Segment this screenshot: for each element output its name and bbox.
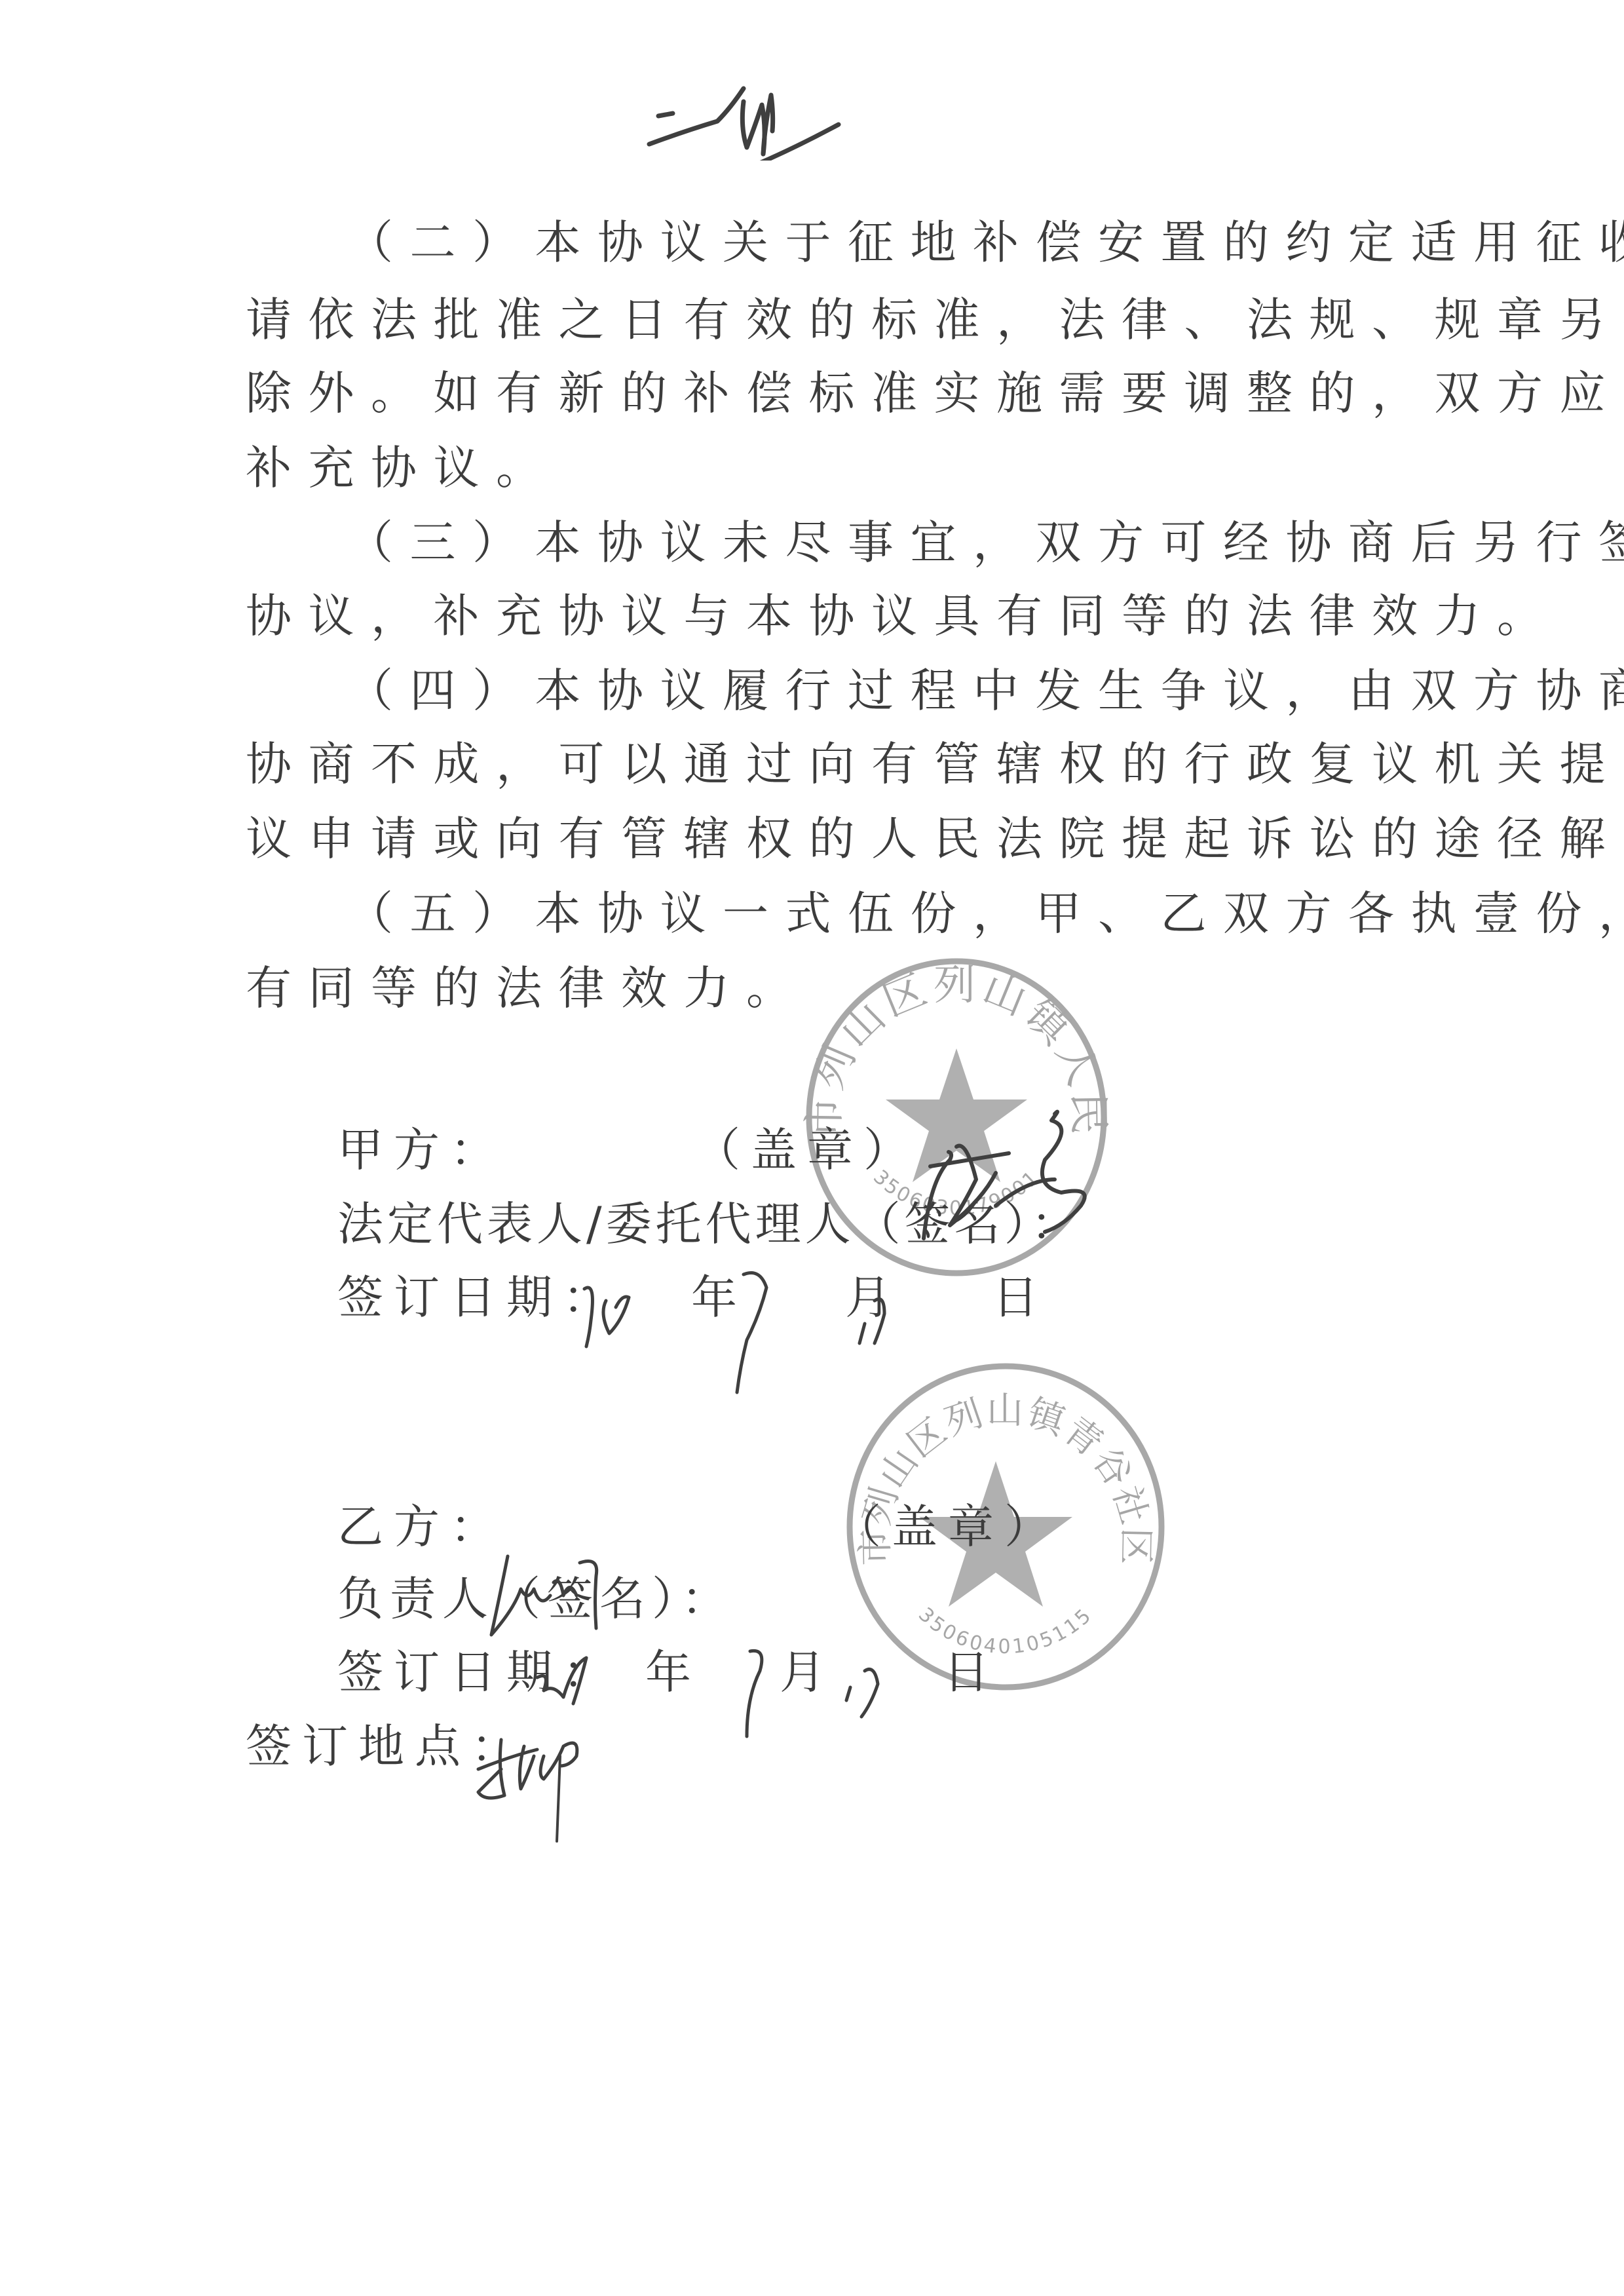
clause-4-line-2: 协商不成，可以通过向有管辖权的行政复议机关提出行政复 xyxy=(246,738,1624,790)
svg-text:3506040105115: 3506040105115 xyxy=(914,1603,1097,1659)
clause-5-line-2: 有同等的法律效力。 xyxy=(246,962,809,1014)
clause-2-line-1: （二）本协议关于征地补偿安置的约定适用征收土地申 xyxy=(347,216,1624,269)
party-b-responsible-person-label: 负责人（签名）： xyxy=(337,1573,734,1625)
party-a-seal-text: 三明市列山区列山镇人民政府 xyxy=(789,950,1112,1139)
party-b-day-unit: 日 xyxy=(943,1646,1000,1698)
clause-2-line-4: 补充协议。 xyxy=(246,442,559,494)
party-a-date-label: 签订日期： xyxy=(337,1271,619,1324)
party-b-date-label: 签订日期： xyxy=(337,1646,619,1698)
clause-3-line-1: （三）本协议未尽事宜，双方可经协商后另行签订补充 xyxy=(347,516,1624,569)
clause-2-line-2: 请依法批准之日有效的标准，法律、法规、规章另有规定的 xyxy=(246,294,1624,346)
clause-2-line-3: 除外。如有新的补偿标准实施需要调整的，双方应另行签订 xyxy=(246,367,1624,419)
party-b-year-unit: 年 xyxy=(645,1646,702,1698)
party-a-year-unit: 年 xyxy=(691,1271,747,1324)
party-a-representative-label: 法定代表人/委托代理人（签名）： xyxy=(337,1198,1081,1250)
signing-place-label: 签订地点： xyxy=(246,1720,527,1772)
clause-4-line-1: （四）本协议履行过程中发生争议，由双方协商处理， xyxy=(347,664,1624,717)
clause-5-line-1: （五）本协议一式伍份，甲、乙双方各执壹份，每份具 xyxy=(347,887,1624,940)
party-b-month-unit: 月 xyxy=(780,1646,836,1698)
party-b-seal-note: （盖章） xyxy=(835,1501,1061,1553)
party-a-day-unit: 日 xyxy=(992,1271,1049,1324)
document-page: （二）本协议关于征地补偿安置的约定适用征收土地申 请依法批准之日有效的标准，法律… xyxy=(0,0,1624,2296)
party-b-label: 乙方： xyxy=(337,1501,506,1553)
clause-3-line-2: 协议，补充协议与本协议具有同等的法律效力。 xyxy=(246,590,1560,642)
party-b-seal-code: 3506040105115 xyxy=(914,1603,1097,1659)
handwritten-page-mark xyxy=(645,75,855,161)
clause-4-line-3: 议申请或向有管辖权的人民法院提起诉讼的途径解决。 xyxy=(246,813,1624,865)
svg-text:三明市列山区列山镇人民政府: 三明市列山区列山镇人民政府 xyxy=(789,950,1112,1139)
party-a-seal-note: （盖章） xyxy=(694,1124,920,1176)
party-a-label: 甲方： xyxy=(337,1124,506,1176)
party-a-month-unit: 月 xyxy=(845,1271,901,1324)
